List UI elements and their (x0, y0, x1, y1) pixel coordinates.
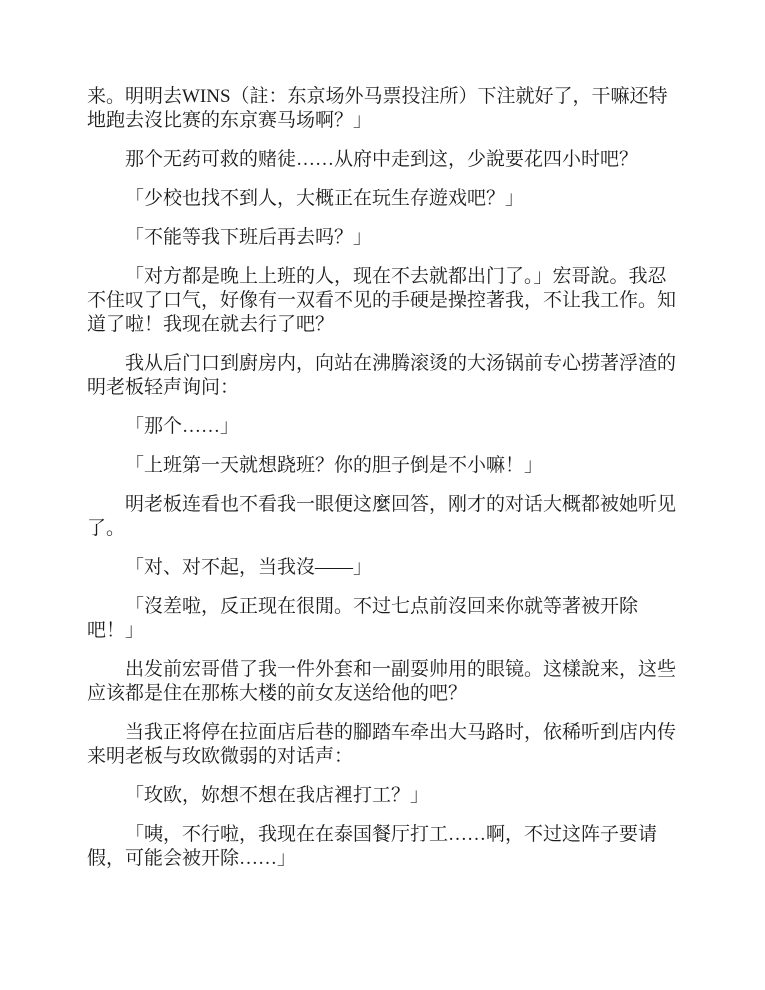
paragraph: 来。明明去WINS（註：东京场外马票投注所）下注就好了，干嘛还特地跑去沒比赛的东… (87, 85, 676, 133)
paragraph: 「不能等我下班后再去吗？」 (87, 226, 676, 250)
paragraph: 出发前宏哥借了我一件外套和一副耍帅用的眼镜。这樣說来，这些应该都是住在那栋大楼的… (87, 658, 676, 706)
paragraph: 「上班第一天就想跷班？你的胆子倒是不小嘛！」 (87, 454, 676, 478)
paragraph: 我从后门口到廚房内，向站在沸腾滚烫的大汤锅前专心捞著浮渣的明老板轻声询问： (87, 352, 676, 400)
paragraph: 明老板连看也不看我一眼便这麼回答，刚才的对话大概都被她听见了。 (87, 493, 676, 541)
paragraph: 「玫欧，妳想不想在我店裡打工？」 (87, 784, 676, 808)
paragraph: 「对方都是晚上上班的人，现在不去就都出门了。」宏哥說。我忍不住叹了口气，好像有一… (87, 265, 676, 337)
paragraph: 「沒差啦，反正现在很閒。不过七点前沒回来你就等著被开除吧！」 (87, 595, 676, 643)
paragraph: 「少校也找不到人，大概正在玩生存遊戏吧？」 (87, 187, 676, 211)
paragraph: 「对、对不起，当我沒——」 (87, 556, 676, 580)
paragraph: 「咦，不行啦，我现在在泰国餐厅打工……啊，不过这阵子要请假，可能会被开除……」 (87, 823, 676, 871)
paragraph: 那个无药可救的赌徒……从府中走到这，少說要花四小时吧？ (87, 148, 676, 172)
document-viewport: { "page": { "background_color": "#ffffff… (0, 0, 765, 990)
paragraph: 当我正将停在拉面店后巷的腳踏车牵出大马路时，依稀听到店内传来明老板与玫欧微弱的对… (87, 721, 676, 769)
document-page: 来。明明去WINS（註：东京场外马票投注所）下注就好了，干嘛还特地跑去沒比赛的东… (0, 0, 765, 990)
paragraph: 「那个……」 (87, 415, 676, 439)
